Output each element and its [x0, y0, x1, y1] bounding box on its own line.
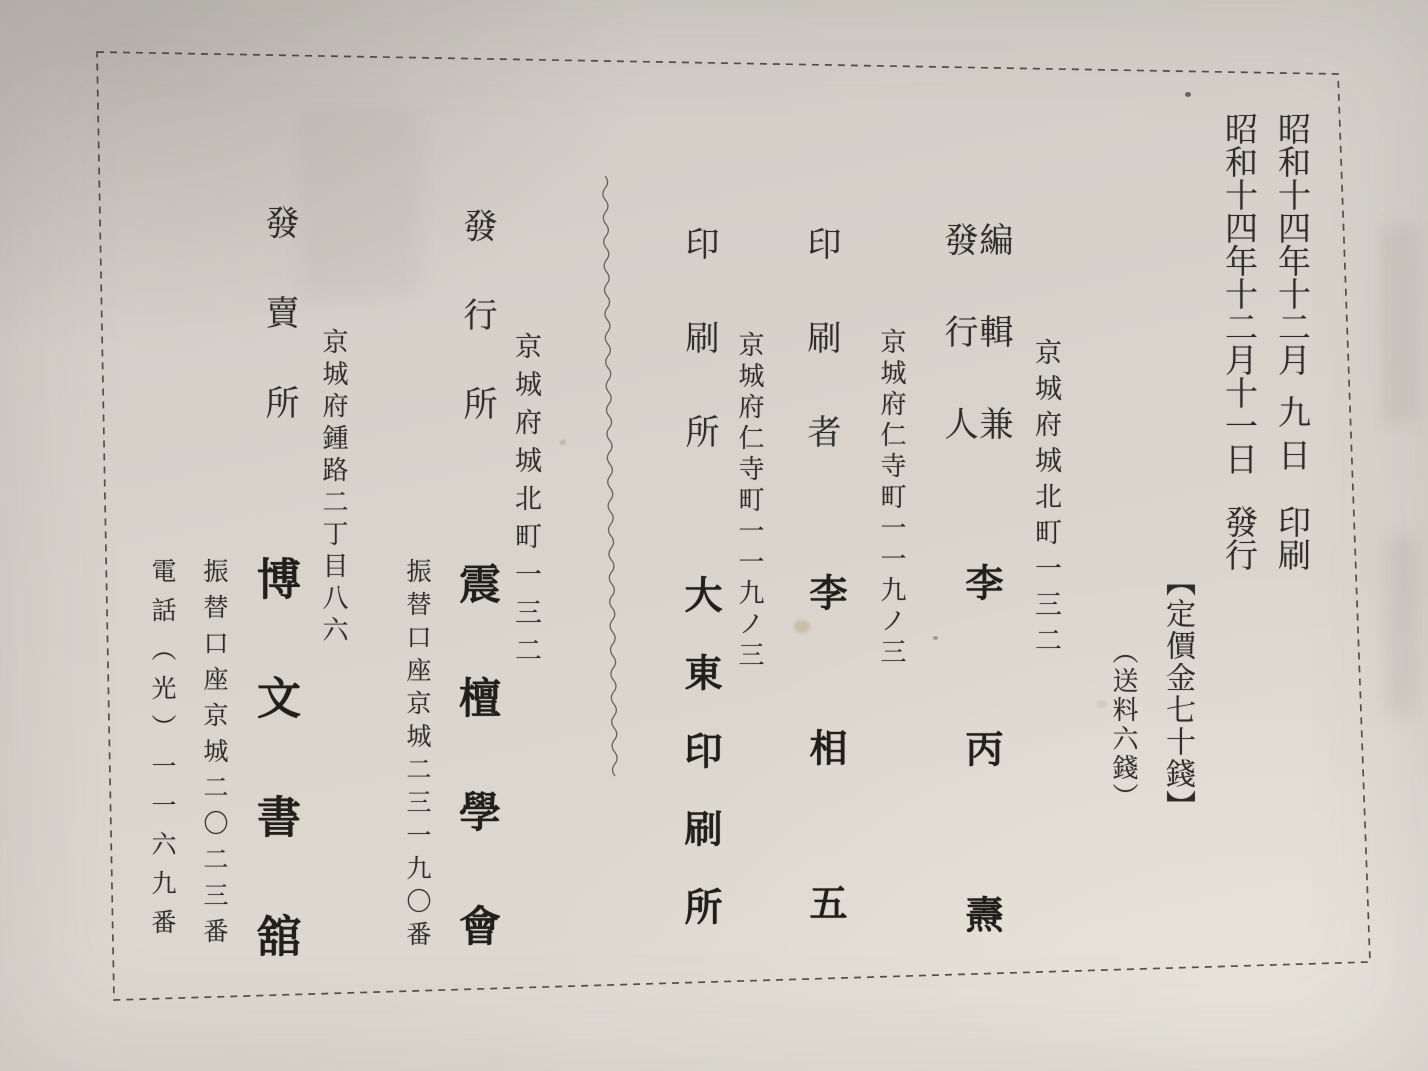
entry-printing-house-address: 京城府仁寺町一一九ノ三: [736, 331, 762, 672]
printed-date-day-suffix: 日: [1273, 438, 1312, 471]
scanned-colophon-page: 昭和十四年十二月九日印刷 昭和十四年十二月十一日發行 【定價金七十錢】 （送料六…: [0, 0, 1428, 1071]
entry-publisher-giro-account: 振替口座京城二三一九〇番: [405, 558, 430, 954]
entry-seller-address: 京城府鍾路二丁目八六: [320, 328, 346, 648]
entry-editor-role-col2: 發行人: [941, 222, 975, 498]
published-date-era: 昭和十四年十二月十一日: [1220, 112, 1259, 475]
entry-publisher-role: 發行所: [460, 208, 494, 475]
entry-publisher-address: 京城府城北町一三二: [512, 332, 539, 674]
wavy-divider: [603, 176, 617, 776]
entry-editor-address: 京城府城北町一三二: [1032, 338, 1059, 662]
entry-seller-giro-account: 振替口座京城二〇二三番: [202, 558, 227, 954]
printed-action: 印刷: [1273, 505, 1312, 571]
printed-date-day: 九: [1273, 395, 1312, 428]
entry-seller-name: 博文書舘: [252, 556, 296, 1032]
entry-editor-name: 李丙燾: [962, 563, 1000, 1061]
price-main: 【定價金七十錢】: [1162, 566, 1192, 822]
published-date-column: 昭和十四年十二月十一日發行: [1223, 112, 1256, 571]
entry-publisher-name: 震檀學會: [456, 562, 498, 1018]
entry-printer-address: 京城府仁寺町一一九ノ三: [878, 328, 904, 669]
entry-seller-role: 發賣所: [262, 205, 296, 475]
printed-date-column: 昭和十四年十二月九日印刷: [1276, 112, 1309, 571]
price-postage: （送料六錢）: [1110, 638, 1136, 812]
printed-date-era: 昭和十四年十二月: [1273, 112, 1312, 376]
entry-printer-role: 印刷者: [804, 226, 838, 508]
entry-printing-house-role: 印刷所: [682, 226, 716, 508]
entry-printing-house-name: 大東印刷所: [681, 575, 719, 965]
entry-printer-name: 李相五: [806, 573, 844, 1038]
published-action: 發行: [1220, 505, 1259, 571]
entry-seller-phone: 電話（光）一一六九番: [150, 558, 175, 948]
entry-editor-role-col1: 編輯兼: [976, 222, 1010, 498]
